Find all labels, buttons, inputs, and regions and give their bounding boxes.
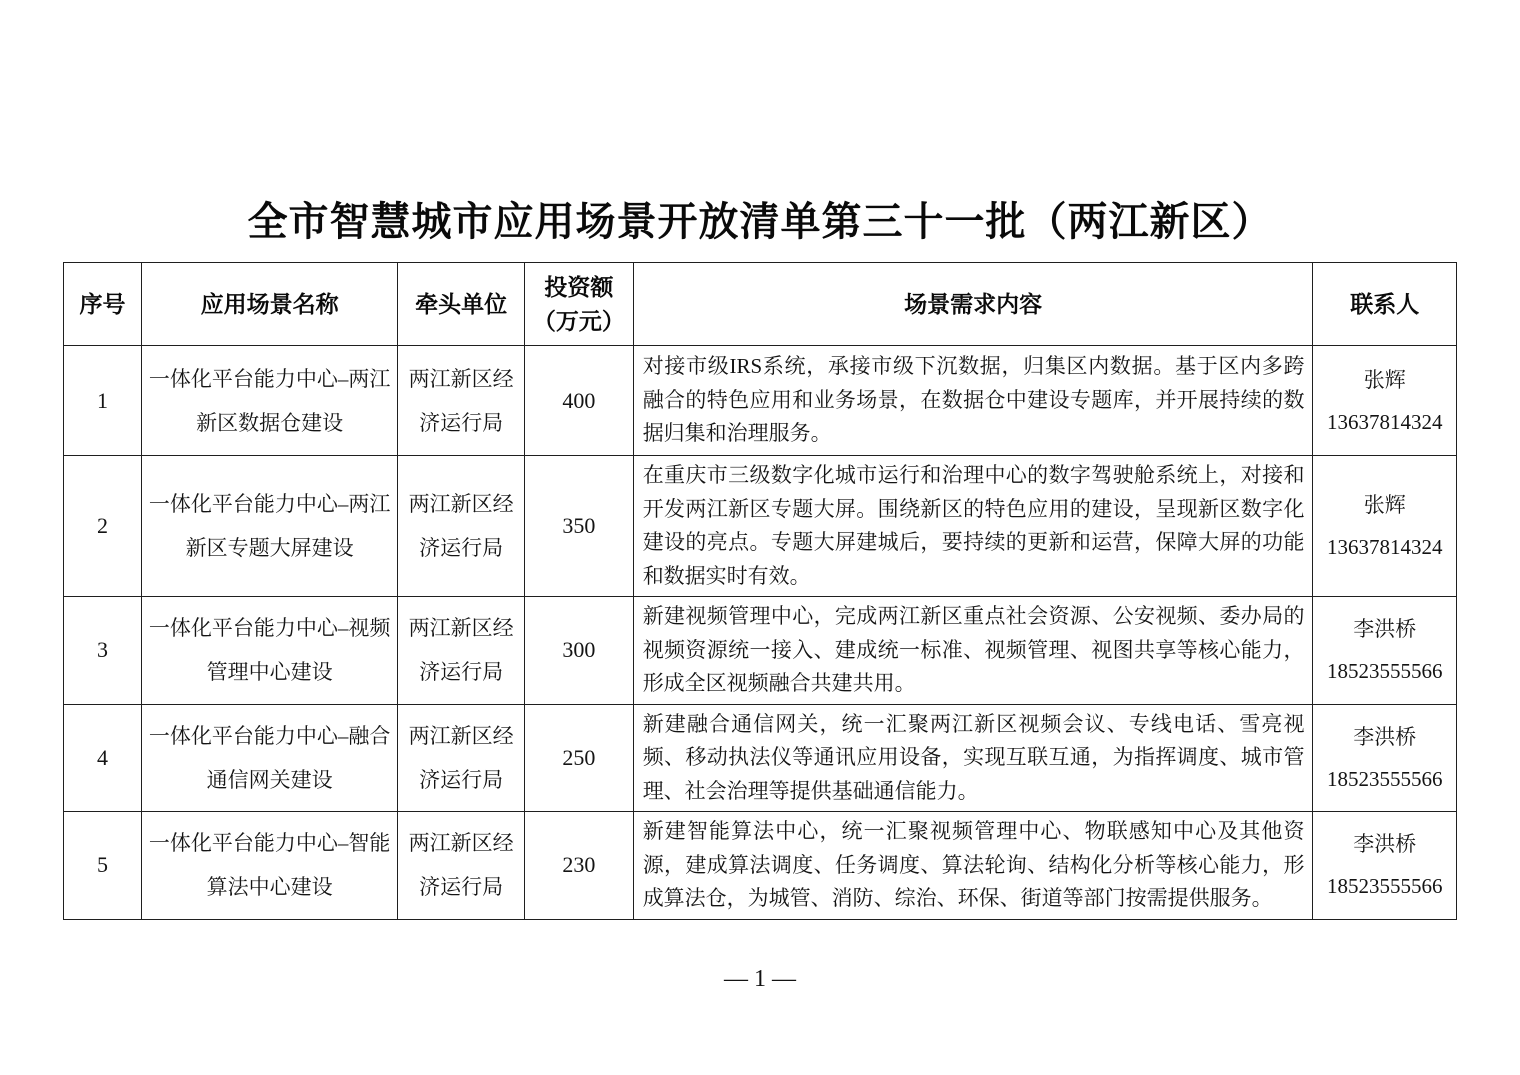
header-serial-number: 序号 <box>64 263 142 346</box>
page-number: — 1 — <box>0 966 1520 993</box>
cell-scenario-name: 一体化平台能力中心–融合通信网关建设 <box>142 704 398 812</box>
cell-serial-number: 3 <box>64 597 142 705</box>
header-scenario-name: 应用场景名称 <box>142 263 398 346</box>
cell-scenario-name: 一体化平台能力中心–视频管理中心建设 <box>142 597 398 705</box>
cell-contact-person: 李洪桥 18523555566 <box>1313 597 1457 705</box>
header-requirement-content: 场景需求内容 <box>633 263 1313 346</box>
cell-contact-person: 李洪桥 18523555566 <box>1313 812 1457 920</box>
cell-investment: 300 <box>525 597 634 705</box>
table-header: 序号 应用场景名称 牵头单位 投资额 （万元） 场景需求内容 联系人 <box>64 263 1457 346</box>
cell-requirement-content: 新建智能算法中心，统一汇聚视频管理中心、物联感知中心及其他资源，建成算法调度、任… <box>633 812 1313 920</box>
table-header-row: 序号 应用场景名称 牵头单位 投资额 （万元） 场景需求内容 联系人 <box>64 263 1457 346</box>
table-row: 4 一体化平台能力中心–融合通信网关建设 两江新区经济运行局 250 新建融合通… <box>64 704 1457 812</box>
table-row: 5 一体化平台能力中心–智能算法中心建设 两江新区经济运行局 230 新建智能算… <box>64 812 1457 920</box>
cell-contact-person: 张辉 13637814324 <box>1313 456 1457 597</box>
cell-investment: 350 <box>525 456 634 597</box>
table-row: 1 一体化平台能力中心–两江新区数据仓建设 两江新区经济运行局 400 对接市级… <box>64 346 1457 456</box>
cell-investment: 400 <box>525 346 634 456</box>
cell-contact-person: 张辉 13637814324 <box>1313 346 1457 456</box>
cell-serial-number: 4 <box>64 704 142 812</box>
scene-table: 序号 应用场景名称 牵头单位 投资额 （万元） 场景需求内容 联系人 1 一体化… <box>63 262 1457 920</box>
cell-contact-person: 李洪桥 18523555566 <box>1313 704 1457 812</box>
table-row: 3 一体化平台能力中心–视频管理中心建设 两江新区经济运行局 300 新建视频管… <box>64 597 1457 705</box>
scene-table-container: 序号 应用场景名称 牵头单位 投资额 （万元） 场景需求内容 联系人 1 一体化… <box>63 262 1457 920</box>
page-title: 全市智慧城市应用场景开放清单第三十一批（两江新区） <box>0 190 1520 247</box>
cell-lead-unit: 两江新区经济运行局 <box>398 597 525 705</box>
cell-requirement-content: 在重庆市三级数字化城市运行和治理中心的数字驾驶舱系统上，对接和开发两江新区专题大… <box>633 456 1313 597</box>
cell-serial-number: 2 <box>64 456 142 597</box>
cell-lead-unit: 两江新区经济运行局 <box>398 456 525 597</box>
document-page: 全市智慧城市应用场景开放清单第三十一批（两江新区） 序号 应用场景名称 牵头单位… <box>0 0 1520 1075</box>
cell-requirement-content: 新建视频管理中心，完成两江新区重点社会资源、公安视频、委办局的视频资源统一接入、… <box>633 597 1313 705</box>
cell-serial-number: 1 <box>64 346 142 456</box>
cell-scenario-name: 一体化平台能力中心–两江新区数据仓建设 <box>142 346 398 456</box>
cell-scenario-name: 一体化平台能力中心–两江新区专题大屏建设 <box>142 456 398 597</box>
cell-requirement-content: 对接市级IRS系统，承接市级下沉数据，归集区内数据。基于区内多跨融合的特色应用和… <box>633 346 1313 456</box>
cell-lead-unit: 两江新区经济运行局 <box>398 704 525 812</box>
cell-lead-unit: 两江新区经济运行局 <box>398 346 525 456</box>
header-lead-unit: 牵头单位 <box>398 263 525 346</box>
table-body: 1 一体化平台能力中心–两江新区数据仓建设 两江新区经济运行局 400 对接市级… <box>64 346 1457 920</box>
cell-lead-unit: 两江新区经济运行局 <box>398 812 525 920</box>
cell-requirement-content: 新建融合通信网关，统一汇聚两江新区视频会议、专线电话、雪亮视频、移动执法仪等通讯… <box>633 704 1313 812</box>
cell-investment: 230 <box>525 812 634 920</box>
cell-investment: 250 <box>525 704 634 812</box>
header-investment: 投资额 （万元） <box>525 263 634 346</box>
cell-scenario-name: 一体化平台能力中心–智能算法中心建设 <box>142 812 398 920</box>
table-row: 2 一体化平台能力中心–两江新区专题大屏建设 两江新区经济运行局 350 在重庆… <box>64 456 1457 597</box>
header-contact-person: 联系人 <box>1313 263 1457 346</box>
cell-serial-number: 5 <box>64 812 142 920</box>
